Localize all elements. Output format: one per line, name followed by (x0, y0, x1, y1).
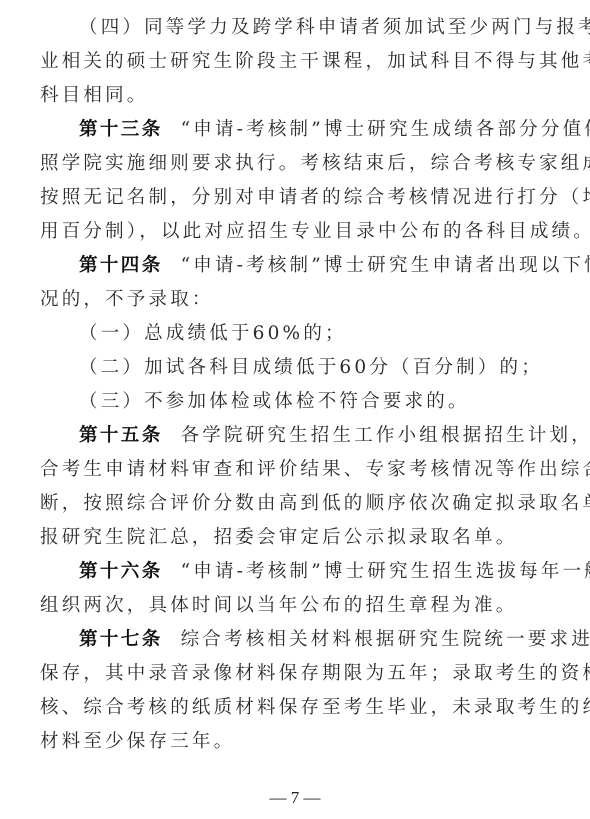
article-heading: 第十四条 (79, 255, 163, 276)
list-item: （三）不参加体检或体检不符合要求的。 (40, 385, 550, 419)
paragraph-line: （四）同等学力及跨学科申请者须加试至少两门与报考专 (40, 11, 550, 45)
article-heading: 第十五条 (79, 425, 163, 446)
paragraph-line: 合考生申请材料审查和评价结果、专家考核情况等作出综合判 (40, 453, 550, 487)
article-heading: 第十三条 (79, 119, 163, 140)
paragraph-line: 断，按照综合评价分数由高到低的顺序依次确定拟录取名单， (40, 487, 550, 521)
article-13-first-line: 第十三条“申请-考核制”博士研究生成绩各部分分值依 (40, 113, 550, 147)
article-heading: 第十七条 (79, 629, 163, 650)
paragraph-line: 材料至少保存三年。 (40, 725, 550, 759)
article-heading: 第十六条 (79, 561, 163, 582)
article-16-first-line: 第十六条“申请-考核制”博士研究生招生选拔每年一般 (40, 555, 550, 589)
paragraph-line: 核、综合考核的纸质材料保存至考生毕业，未录取考生的纸质 (40, 691, 550, 725)
paragraph-line: 照学院实施细则要求执行。考核结束后，综合考核专家组成员 (40, 147, 550, 181)
article-17-first-line: 第十七条综合考核相关材料根据研究生院统一要求进行 (40, 623, 550, 657)
paragraph-line: 保存，其中录音录像材料保存期限为五年；录取考生的资格审 (40, 657, 550, 691)
paragraph-line: 况的，不予录取： (40, 283, 550, 317)
paragraph-line: 业相关的硕士研究生阶段主干课程，加试科目不得与其他考核 (40, 45, 550, 79)
paragraph-line: 组织两次，具体时间以当年公布的招生章程为准。 (40, 589, 550, 623)
article-15-first-line: 第十五条各学院研究生招生工作小组根据招生计划，综 (40, 419, 550, 453)
list-item: （一）总成绩低于60%的； (40, 317, 550, 351)
paragraph-line: 按照无记名制，分别对申请者的综合考核情况进行打分（均采 (40, 181, 550, 215)
paragraph-line: 报研究生院汇总，招委会审定后公示拟录取名单。 (40, 521, 550, 555)
document-page: （四）同等学力及跨学科申请者须加试至少两门与报考专 业相关的硕士研究生阶段主干课… (40, 11, 550, 759)
paragraph-line: 科目相同。 (40, 79, 550, 113)
paragraph-line: 用百分制），以此对应招生专业目录中公布的各科目成绩。 (40, 215, 550, 249)
list-item: （二）加试各科目成绩低于60分（百分制）的； (40, 351, 550, 385)
page-number: — 7 — (0, 788, 590, 808)
article-14-first-line: 第十四条“申请-考核制”博士研究生申请者出现以下情 (40, 249, 550, 283)
